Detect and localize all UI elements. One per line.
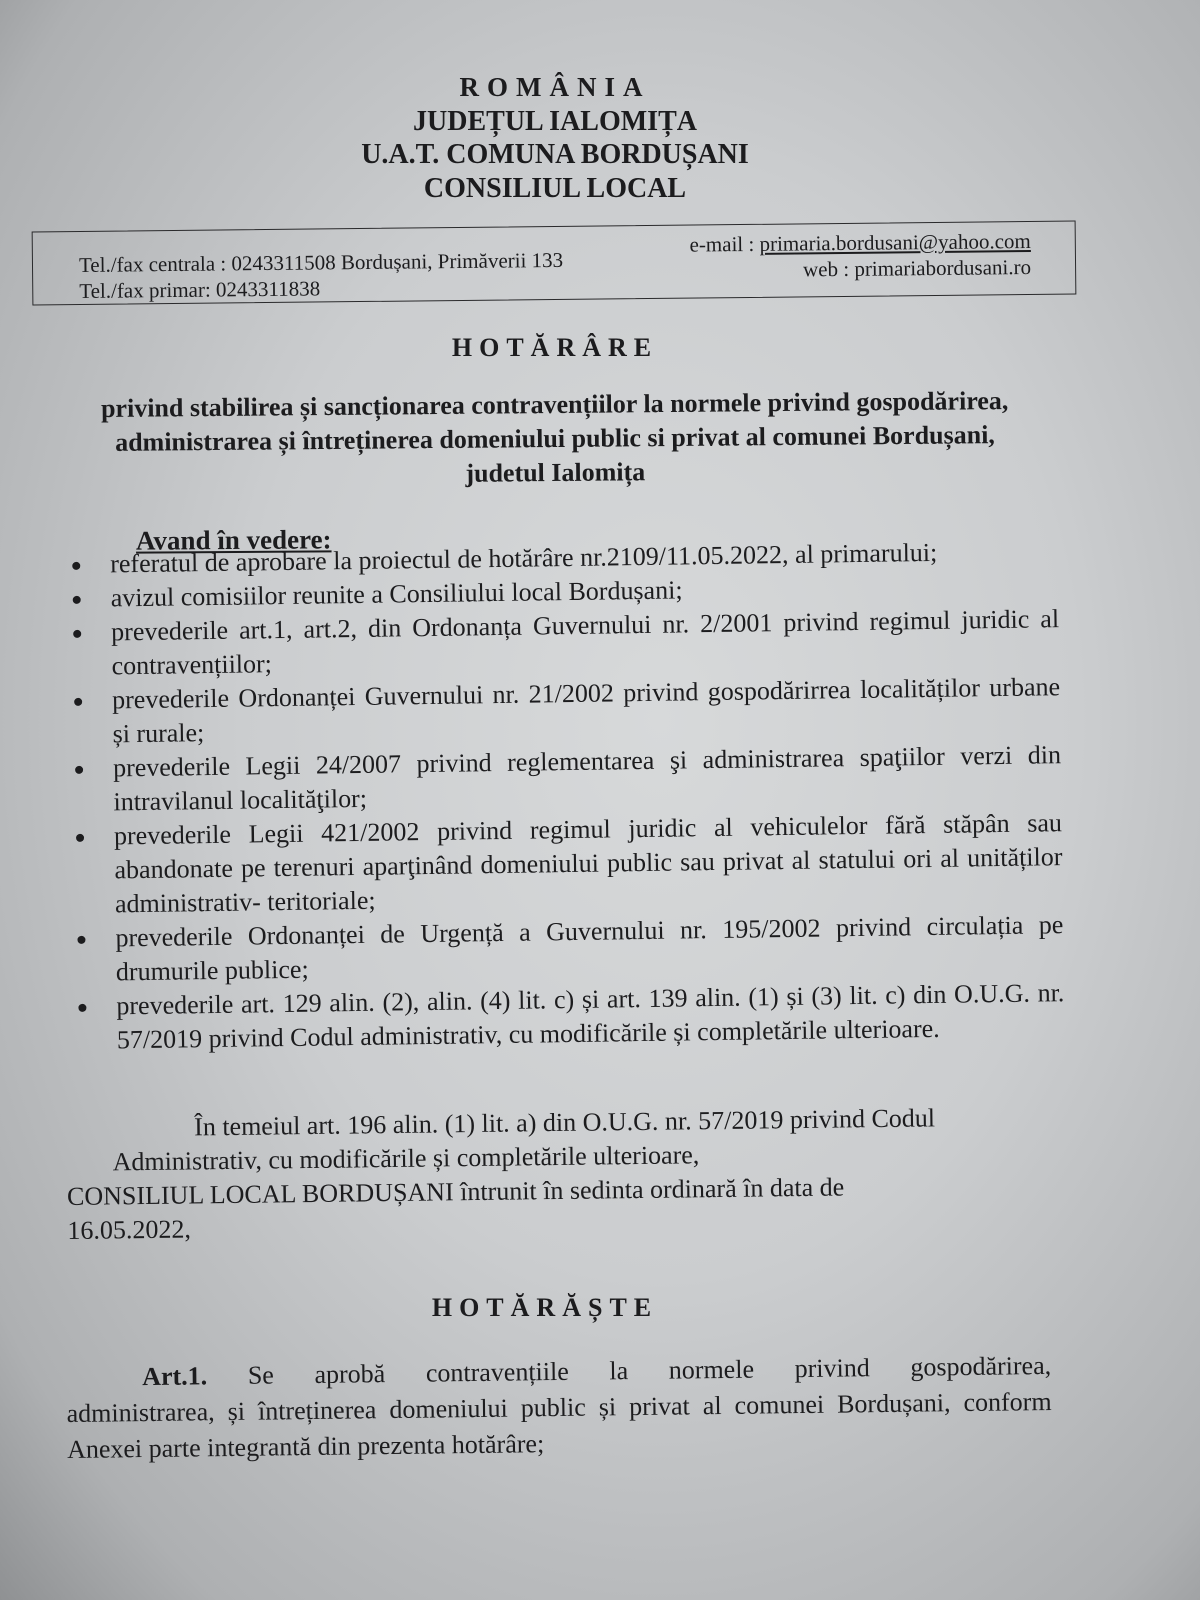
bullet-icon [75,766,83,774]
contact-phone-central: Tel./fax centrala : 0243311508 Bordușani… [79,247,563,278]
legal-basis: În temeiul art. 196 alin. (1) lit. a) di… [66,1100,1058,1248]
bullet-icon [73,596,81,604]
article-1-label: Art.1. [142,1361,207,1391]
bullet-icon [76,834,84,842]
bullet-icon [73,630,81,638]
header-county: JUDEȚUL IALOMIȚA [0,106,1110,138]
bullet-icon [74,698,82,706]
email-link[interactable]: primaria.bordusani@yahoo.com [759,229,1031,256]
document-page: ROMÂNIA JUDEȚUL IALOMIȚA U.A.T. COMUNA B… [0,0,1200,1600]
header-council: CONSILIUL LOCAL [0,173,1110,205]
bullet-icon [72,562,80,570]
decides-heading: HOTĂRĂȘTE [0,1293,1090,1323]
article-1: Art.1. Se aprobă contravențiile la norme… [66,1348,1052,1468]
document-title: HOTĂRÂRE [0,333,1110,363]
contact-phone-mayor: Tel./fax primar: 0243311838 [79,275,320,304]
header-uat: U.A.T. COMUNA BORDUȘANI [0,139,1110,171]
bullet-icon [78,1004,86,1012]
bullet-icon [77,936,85,944]
contact-box: Tel./fax centrala : 0243311508 Bordușani… [32,221,1077,306]
email-label: e-mail : [689,232,759,257]
contact-web: web : primariabordusani.ro [803,254,1031,282]
considering-list: referatul de aprobare la proiectul de ho… [68,534,1065,1058]
document-subject: privind stabilirea și sancționarea contr… [90,384,1021,494]
considering-item: prevederile art. 129 alin. (2), alin. (4… [74,976,1065,1058]
considering-item: prevederile Legii 421/2002 privind regim… [72,806,1063,922]
header-country: ROMÂNIA [0,72,1110,103]
article-1-text: administrarea, și întreținerea domeniulu… [66,1387,1051,1464]
contact-email-line: e-mail : primaria.bordusani@yahoo.com [689,228,1031,258]
